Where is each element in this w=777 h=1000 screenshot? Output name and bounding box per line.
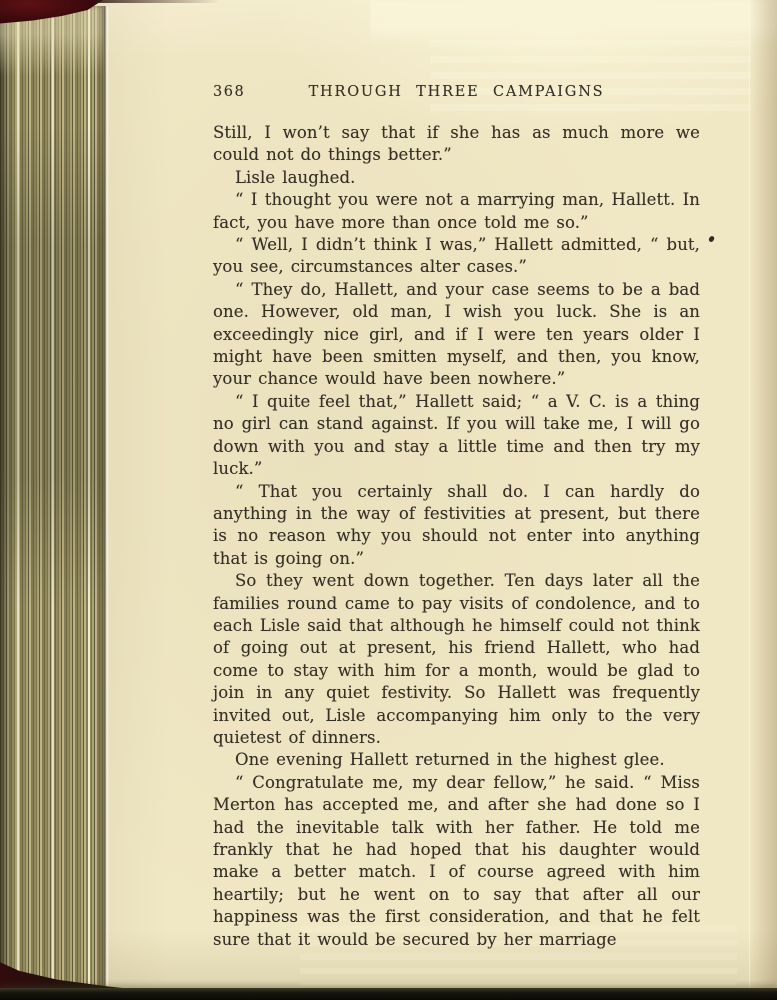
- body-paragraph: “ That you certainly shall do. I can har…: [213, 481, 700, 571]
- bottom-edge-shadow: [0, 988, 777, 1000]
- body-paragraph: Still, I won’t say that if she has as mu…: [213, 122, 700, 167]
- body-paragraph: “ They do, Hallett, and your case seems …: [213, 279, 700, 391]
- body-paragraph: “ I thought you were not a marrying man,…: [213, 189, 700, 234]
- running-title: THROUGH THREE CAMPAIGNS: [213, 84, 700, 100]
- page-top-edge-shadow: [95, 0, 220, 3]
- body-paragraph: “ I quite feel that,” Hallett said; “ a …: [213, 391, 700, 481]
- page-right-edge-shade: [749, 0, 777, 988]
- body-text: Still, I won’t say that if she has as mu…: [213, 122, 700, 951]
- body-paragraph: So they went down together. Ten days lat…: [213, 570, 700, 749]
- ink-speck: [566, 876, 569, 879]
- body-paragraph: Lisle laughed.: [213, 167, 700, 189]
- body-paragraph: “ Well, I didn’t think I was,” Hallett a…: [213, 234, 700, 279]
- scanned-book-page: 368 THROUGH THREE CAMPAIGNS Still, I won…: [0, 0, 777, 1000]
- book-fore-edge-pages: [0, 6, 106, 994]
- page-header: 368 THROUGH THREE CAMPAIGNS: [213, 84, 700, 100]
- body-paragraph: “ Congratulate me, my dear fellow,” he s…: [213, 772, 700, 951]
- body-paragraph: One evening Hallett returned in the high…: [213, 749, 700, 771]
- page-content: 368 THROUGH THREE CAMPAIGNS Still, I won…: [213, 84, 700, 951]
